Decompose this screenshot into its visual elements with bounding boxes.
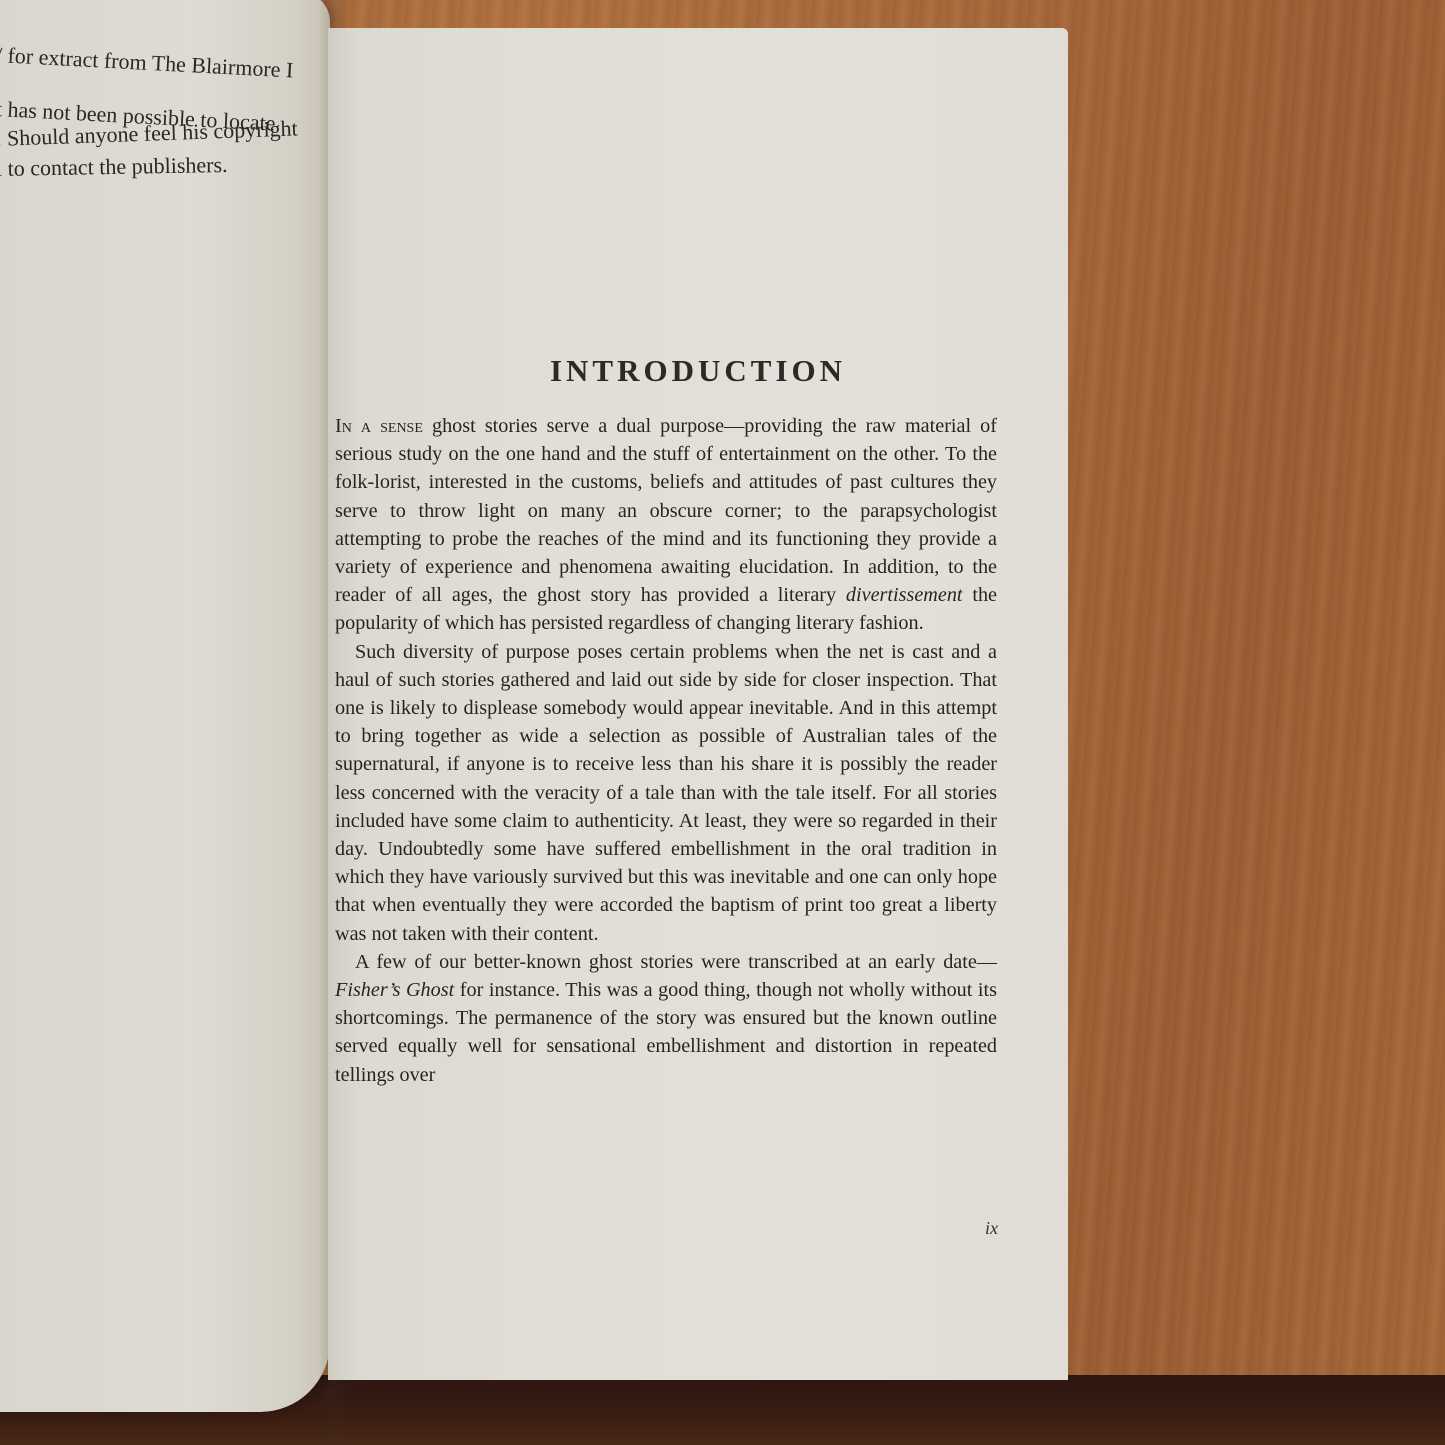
paragraph-1: In a sense ghost stories serve a dual pu… [335, 412, 997, 638]
chapter-title: INTRODUCTION [328, 353, 1068, 389]
left-page-text: / for extract from The Blairmore I t has… [0, 40, 326, 184]
italic-title: Fisher’s Ghost [335, 979, 454, 1001]
left-page: / for extract from The Blairmore I t has… [0, 0, 330, 1412]
right-page: INTRODUCTION In a sense ghost stories se… [328, 28, 1068, 1380]
italic-term: divertissement [846, 584, 963, 606]
left-line: l to contact the publishers. [0, 148, 326, 184]
page-number: ix [985, 1218, 998, 1239]
left-line: / for extract from The Blairmore I [0, 40, 326, 87]
paragraph-2: Such diversity of purpose poses certain … [335, 638, 997, 948]
paragraph-3: A few of our better-known ghost stories … [335, 948, 997, 1089]
lead-small-caps: In a sense [335, 415, 423, 437]
introduction-body: In a sense ghost stories serve a dual pu… [335, 412, 997, 1089]
